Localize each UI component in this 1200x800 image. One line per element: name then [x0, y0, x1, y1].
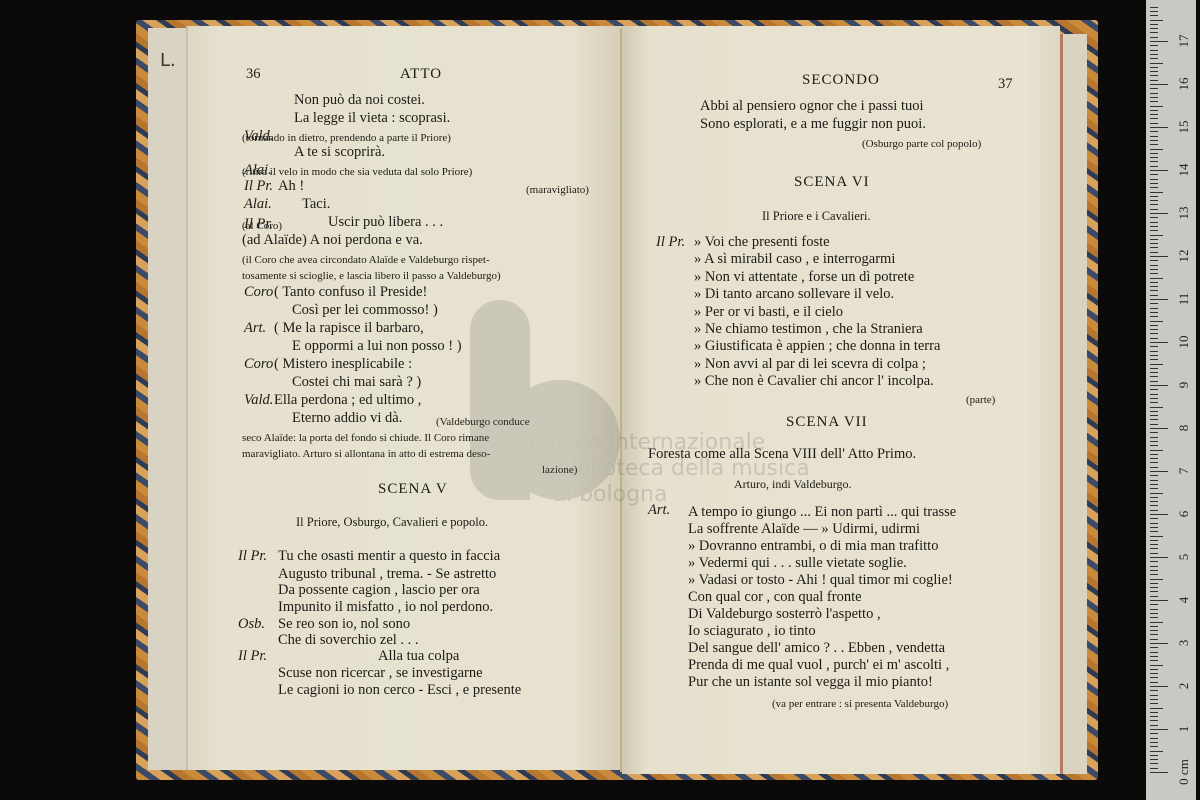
ruler-tick — [1150, 660, 1158, 661]
ruler-tick — [1150, 333, 1158, 334]
ruler-tick — [1150, 368, 1158, 369]
verse-line: Con qual cor , con qual fronte — [688, 589, 862, 605]
ruler-tick — [1150, 755, 1158, 756]
ruler-tick — [1150, 544, 1158, 545]
ruler-tick — [1150, 321, 1163, 322]
ruler-tick — [1150, 170, 1168, 171]
verse-line: » Vedermi qui . . . sulle vietate soglie… — [688, 555, 907, 571]
ruler-tick — [1150, 183, 1158, 184]
verse-line: Augusto tribunal , trema. - Se astretto — [278, 566, 496, 582]
ruler-tick — [1150, 308, 1158, 309]
speaker-label: Il Pr. — [244, 178, 273, 194]
ruler-tick — [1150, 359, 1158, 360]
verse-line: » Dovranno entrambi, o di mia man trafit… — [688, 538, 938, 554]
ruler-tick — [1150, 733, 1158, 734]
handwritten-mark: L. — [160, 50, 176, 71]
ruler-tick — [1150, 75, 1158, 76]
verse-line: Che di soverchio zel . . . — [278, 632, 419, 648]
verse-line: Eterno addio vi dà. — [292, 410, 402, 426]
stage-direction: lazione) — [542, 462, 577, 478]
ruler-tick — [1150, 746, 1158, 747]
ruler-tick — [1150, 63, 1163, 64]
ruler-tick — [1150, 600, 1168, 601]
ruler-tick — [1150, 652, 1158, 653]
right-page-edges — [1060, 34, 1087, 774]
ruler-tick — [1150, 58, 1158, 59]
ruler-label: 10 — [1176, 330, 1192, 354]
verse-line: E oppormi a lui non posso ! ) — [292, 338, 462, 354]
ruler-tick — [1150, 37, 1158, 38]
running-head: ATTO — [400, 66, 442, 82]
ruler-tick — [1150, 329, 1158, 330]
ruler-tick — [1150, 695, 1158, 696]
ruler-tick — [1150, 295, 1158, 296]
ruler-tick — [1150, 514, 1168, 515]
ruler-label: 5 — [1176, 545, 1192, 569]
verse-line: Alla tua colpa — [378, 648, 459, 664]
verse-line: Così per lei commosso! ) — [292, 302, 438, 318]
ruler-tick — [1150, 71, 1158, 72]
verse-line: » Giustificata è appien ; che donna in t… — [694, 338, 940, 354]
ruler-tick — [1150, 518, 1158, 519]
ruler-tick — [1150, 45, 1158, 46]
ruler-tick — [1150, 424, 1158, 425]
ruler-tick — [1150, 136, 1158, 137]
ruler-tick — [1150, 24, 1158, 25]
ruler-tick — [1150, 106, 1163, 107]
ruler-tick — [1150, 415, 1158, 416]
verse-line: Del sangue dell' amico ? . . Ebben , ven… — [688, 640, 945, 656]
ruler-tick — [1150, 677, 1158, 678]
verse-line: ( Me la rapisce il barbaro, — [274, 320, 424, 336]
ruler-tick — [1150, 303, 1158, 304]
verse-line: Tu che osasti mentir a questo in faccia — [278, 548, 500, 564]
ruler-tick — [1150, 682, 1158, 683]
ruler-tick — [1150, 540, 1158, 541]
ruler-tick — [1150, 626, 1158, 627]
ruler-label: 1 — [1176, 717, 1192, 741]
verse-line: Le cagioni io non cerco - Esci , e prese… — [278, 682, 521, 698]
ruler-tick — [1150, 419, 1158, 420]
ruler-tick — [1150, 622, 1163, 623]
ruler-tick — [1150, 131, 1158, 132]
verse-line: » Per or vi basti, e il cielo — [694, 304, 843, 320]
ruler-tick — [1150, 342, 1168, 343]
ruler-tick — [1150, 252, 1158, 253]
ruler-tick — [1150, 385, 1168, 386]
ruler-tick — [1150, 523, 1158, 524]
ruler-tick — [1150, 230, 1158, 231]
speaker-label: Art. — [648, 502, 670, 518]
ruler-tick — [1150, 493, 1163, 494]
ruler-tick — [1150, 751, 1163, 752]
ruler-tick — [1150, 179, 1158, 180]
ruler-tick — [1150, 708, 1163, 709]
ruler-tick — [1150, 553, 1158, 554]
ruler-tick — [1150, 720, 1158, 721]
ruler-tick — [1150, 376, 1158, 377]
ruler-tick — [1150, 437, 1158, 438]
verse-line: Pur che un istante sol vegga il mio pian… — [688, 674, 933, 690]
ruler-tick — [1150, 394, 1158, 395]
ruler-label: 6 — [1176, 502, 1192, 526]
ruler-label: 15 — [1176, 115, 1192, 139]
ruler-label: 7 — [1176, 459, 1192, 483]
ruler-tick — [1150, 686, 1168, 687]
ruler-tick — [1150, 196, 1158, 197]
ruler-tick — [1150, 118, 1158, 119]
ruler-tick — [1150, 32, 1158, 33]
ruler-tick — [1150, 140, 1158, 141]
ruler-tick — [1150, 381, 1158, 382]
ruler-tick — [1150, 647, 1158, 648]
scene-cast: Il Priore e i Cavalieri. — [762, 208, 871, 224]
ruler-tick — [1150, 450, 1163, 451]
ruler-tick — [1150, 41, 1168, 42]
ruler-tick — [1150, 355, 1158, 356]
stage-direction: (maravigliato) — [526, 182, 589, 198]
verse-line: Abbi al pensiero ognor che i passi tuoi — [700, 98, 924, 114]
ruler-tick — [1150, 290, 1158, 291]
ruler-tick — [1150, 161, 1158, 162]
ruler-tick — [1150, 475, 1158, 476]
ruler-tick — [1150, 20, 1163, 21]
ruler-tick — [1150, 458, 1158, 459]
ruler-tick — [1150, 187, 1158, 188]
verse-line: Da possente cagion , lascio per ora — [278, 582, 480, 598]
verse-line: A te si scoprirà. — [294, 144, 385, 160]
stage-direction: tosamente si scioglie, e lascia libero i… — [242, 268, 501, 284]
verse-line: » Vadasi or tosto - Ahi ! qual timor mi … — [688, 572, 953, 588]
ruler-tick — [1150, 557, 1168, 558]
ruler-tick — [1150, 501, 1158, 502]
ruler-label: 3 — [1176, 631, 1192, 655]
ruler-tick — [1150, 759, 1158, 760]
ruler-tick — [1150, 346, 1158, 347]
ruler-label: 11 — [1176, 287, 1192, 311]
ruler-tick — [1150, 260, 1158, 261]
ruler-tick — [1150, 561, 1158, 562]
ruler-tick — [1150, 570, 1158, 571]
ruler-label: 16 — [1176, 72, 1192, 96]
scene-cast: Il Priore, Osburgo, Cavalieri e popolo. — [296, 514, 488, 530]
scene-setting: Foresta come alla Scena VIII dell' Atto … — [648, 446, 916, 462]
stage-direction: (Osburgo parte col popolo) — [862, 136, 981, 152]
ruler-tick — [1150, 488, 1158, 489]
ruler-tick — [1150, 213, 1168, 214]
ruler-tick — [1150, 372, 1158, 373]
ruler-tick — [1150, 531, 1158, 532]
verse-line: ( Mistero inesplicabile : — [274, 356, 412, 372]
ruler-tick — [1150, 144, 1158, 145]
ruler-tick — [1150, 411, 1158, 412]
verse-line: Io sciagurato , io tinto — [688, 623, 816, 639]
ruler-label: 12 — [1176, 244, 1192, 268]
speaker-label: Il Pr. — [238, 648, 267, 664]
speaker-label: Vald. — [244, 392, 273, 408]
ruler-tick — [1150, 192, 1163, 193]
ruler-tick — [1150, 127, 1168, 128]
stage-direction: seco Alaïde: la porta del fondo si chiud… — [242, 430, 489, 446]
stage-direction: (il Coro che avea circondato Alaïde e Va… — [242, 252, 490, 268]
speaker-label: Osb. — [238, 616, 265, 632]
ruler-tick — [1150, 286, 1158, 287]
ruler-tick — [1150, 239, 1158, 240]
ruler-tick — [1150, 282, 1158, 283]
ruler-tick — [1150, 149, 1163, 150]
verse-line: » Non avvi al par di lei scevra di colpa… — [694, 356, 926, 372]
stage-direction: (parte) — [966, 392, 995, 408]
ruler-tick — [1150, 54, 1158, 55]
measurement-ruler: 0 cm1234567891011121314151617 — [1146, 0, 1196, 800]
scene-heading: SCENA VI — [794, 174, 870, 190]
page-number: 37 — [998, 76, 1013, 92]
ruler-tick — [1150, 407, 1163, 408]
ruler-label: 0 cm — [1176, 752, 1192, 792]
ruler-tick — [1150, 364, 1163, 365]
verse-line: » Non vi attentate , forse un dì potrete — [694, 269, 914, 285]
ruler-tick — [1150, 278, 1163, 279]
ruler-tick — [1150, 432, 1158, 433]
verse-line: » Che non è Cavalier chi ancor l' incolp… — [694, 373, 934, 389]
ruler-tick — [1150, 97, 1158, 98]
ruler-tick — [1150, 772, 1168, 773]
ruler-tick — [1150, 80, 1158, 81]
scene-cast: Arturo, indi Valdeburgo. — [734, 476, 852, 492]
ruler-tick — [1150, 497, 1158, 498]
ruler-tick — [1150, 114, 1158, 115]
ruler-tick — [1150, 634, 1158, 635]
speaker-label: Il Pr. — [656, 234, 685, 250]
verse-line: Costei chi mai sarà ? ) — [292, 374, 421, 390]
ruler-tick — [1150, 656, 1158, 657]
ruler-tick — [1150, 312, 1158, 313]
ruler-tick — [1150, 579, 1163, 580]
verse-line: Prenda di me qual vuol , purch' ei m' as… — [688, 657, 949, 673]
ruler-tick — [1150, 67, 1158, 68]
ruler-tick — [1150, 536, 1163, 537]
ruler-tick — [1150, 617, 1158, 618]
ruler-tick — [1150, 235, 1163, 236]
speaker-label: Art. — [244, 320, 266, 336]
ruler-tick — [1150, 402, 1158, 403]
ruler-tick — [1150, 716, 1158, 717]
verse-line: Sono esplorati, e a me fuggir non puoi. — [700, 116, 926, 132]
verse-line: A tempo io giungo ... Ei non partì ... q… — [688, 504, 956, 520]
page-number: 36 — [246, 66, 261, 82]
ruler-tick — [1150, 574, 1158, 575]
stage-direction: (ritira il velo in modo che sia veduta d… — [242, 164, 472, 180]
left-page: 36 ATTO Non può da noi costei.La legge i… — [186, 26, 624, 770]
verse-line: » Di tanto arcano sollevare il velo. — [694, 286, 894, 302]
ruler-tick — [1150, 325, 1158, 326]
verse-line: » Ne chiamo testimon , che la Straniera — [694, 321, 923, 337]
ruler-tick — [1150, 467, 1158, 468]
speaker-label: Coro — [244, 356, 273, 372]
ruler-tick — [1150, 299, 1168, 300]
ruler-tick — [1150, 222, 1158, 223]
ruler-tick — [1150, 725, 1158, 726]
verse-line: Non può da noi costei. — [294, 92, 425, 108]
ruler-label: 8 — [1176, 416, 1192, 440]
ruler-tick — [1150, 316, 1158, 317]
ruler-tick — [1150, 243, 1158, 244]
verse-line: Scuse non ricercar , se investigarne — [278, 665, 483, 681]
ruler-tick — [1150, 217, 1158, 218]
ruler-tick — [1150, 110, 1158, 111]
ruler-tick — [1150, 527, 1158, 528]
ruler-tick — [1150, 630, 1158, 631]
ruler-tick — [1150, 587, 1158, 588]
verse-line: Taci. — [302, 196, 330, 212]
verse-line: Di Valdeburgo sosterrò l'aspetto , — [688, 606, 881, 622]
ruler-tick — [1150, 566, 1158, 567]
ruler-tick — [1150, 256, 1168, 257]
ruler-tick — [1150, 389, 1158, 390]
verse-line: ( Tanto confuso il Preside! — [274, 284, 427, 300]
verse-line: » A sì mirabil caso , e interrogarmi — [694, 251, 895, 267]
verse-line: Ah ! — [278, 178, 304, 194]
ruler-tick — [1150, 265, 1158, 266]
ruler-tick — [1150, 204, 1158, 205]
ruler-tick — [1150, 738, 1158, 739]
ruler-tick — [1150, 462, 1158, 463]
verse-line: (ad Alaïde) A noi perdona e va. — [242, 232, 423, 248]
ruler-tick — [1150, 454, 1158, 455]
ruler-tick — [1150, 583, 1158, 584]
ruler-tick — [1150, 351, 1158, 352]
ruler-tick — [1150, 673, 1158, 674]
ruler-label: 13 — [1176, 201, 1192, 225]
ruler-tick — [1150, 768, 1158, 769]
ruler-tick — [1150, 338, 1158, 339]
ruler-tick — [1150, 93, 1158, 94]
ruler-tick — [1150, 742, 1158, 743]
ruler-tick — [1150, 157, 1158, 158]
ruler-tick — [1150, 669, 1158, 670]
ruler-label: 17 — [1176, 29, 1192, 53]
ruler-tick — [1150, 613, 1158, 614]
ruler-tick — [1150, 84, 1168, 85]
ruler-tick — [1150, 7, 1158, 8]
ruler-tick — [1150, 665, 1163, 666]
ruler-label: 14 — [1176, 158, 1192, 182]
ruler-tick — [1150, 11, 1158, 12]
ruler-tick — [1150, 200, 1158, 201]
ruler-tick — [1150, 699, 1158, 700]
ruler-tick — [1150, 15, 1158, 16]
ruler-tick — [1150, 226, 1158, 227]
verse-line: Ella perdona ; ed ultimo , — [274, 392, 421, 408]
speaker-label: Il Pr. — [238, 548, 267, 564]
verse-line: Se reo son io, nol sono — [278, 616, 410, 632]
verse-line: » Voi che presenti foste — [694, 234, 830, 250]
speaker-label: Coro — [244, 284, 273, 300]
ruler-tick — [1150, 445, 1158, 446]
ruler-tick — [1150, 480, 1158, 481]
stage-direction: (va per entrare : si presenta Valdeburgo… — [772, 696, 948, 712]
ruler-tick — [1150, 28, 1158, 29]
ruler-tick — [1150, 729, 1168, 730]
verse-line: Uscir può libera . . . — [328, 214, 443, 230]
ruler-tick — [1150, 712, 1158, 713]
ruler-label: 2 — [1176, 674, 1192, 698]
scene-heading: SCENA V — [378, 481, 448, 497]
right-page: SECONDO 37 Abbi al pensiero ognor che i … — [622, 26, 1060, 774]
ruler-tick — [1150, 643, 1168, 644]
ruler-label: 4 — [1176, 588, 1192, 612]
ruler-tick — [1150, 441, 1158, 442]
verse-line: La soffrente Alaïde — » Udirmi, udirmi — [688, 521, 920, 537]
ruler-label: 9 — [1176, 373, 1192, 397]
ruler-tick — [1150, 471, 1168, 472]
ruler-tick — [1150, 50, 1158, 51]
ruler-tick — [1150, 591, 1158, 592]
ruler-tick — [1150, 548, 1158, 549]
ruler-tick — [1150, 505, 1158, 506]
speaker-label: Alai. — [244, 196, 272, 212]
ruler-tick — [1150, 484, 1158, 485]
ruler-tick — [1150, 703, 1158, 704]
ruler-tick — [1150, 609, 1158, 610]
ruler-tick — [1150, 690, 1158, 691]
stage-direction: (Valdeburgo conduce — [436, 414, 530, 430]
verse-line: Impunito il misfatto , io nol perdono. — [278, 599, 493, 615]
ruler-tick — [1150, 763, 1158, 764]
ruler-tick — [1150, 123, 1158, 124]
ruler-tick — [1150, 88, 1158, 89]
ruler-tick — [1150, 153, 1158, 154]
scene-heading: SCENA VII — [786, 414, 868, 430]
ruler-tick — [1150, 604, 1158, 605]
ruler-tick — [1150, 269, 1158, 270]
ruler-tick — [1150, 174, 1158, 175]
ruler-tick — [1150, 166, 1158, 167]
ruler-tick — [1150, 273, 1158, 274]
ruler-tick — [1150, 209, 1158, 210]
ruler-tick — [1150, 596, 1158, 597]
verse-line: La legge il vieta : scoprasi. — [294, 110, 450, 126]
ruler-tick — [1150, 101, 1158, 102]
ruler-tick — [1150, 247, 1158, 248]
stage-direction: maravigliato. Arturo si allontana in att… — [242, 446, 490, 462]
running-head: SECONDO — [802, 72, 880, 88]
ruler-tick — [1150, 510, 1158, 511]
ruler-tick — [1150, 398, 1158, 399]
ruler-tick — [1150, 428, 1168, 429]
ruler-tick — [1150, 639, 1158, 640]
